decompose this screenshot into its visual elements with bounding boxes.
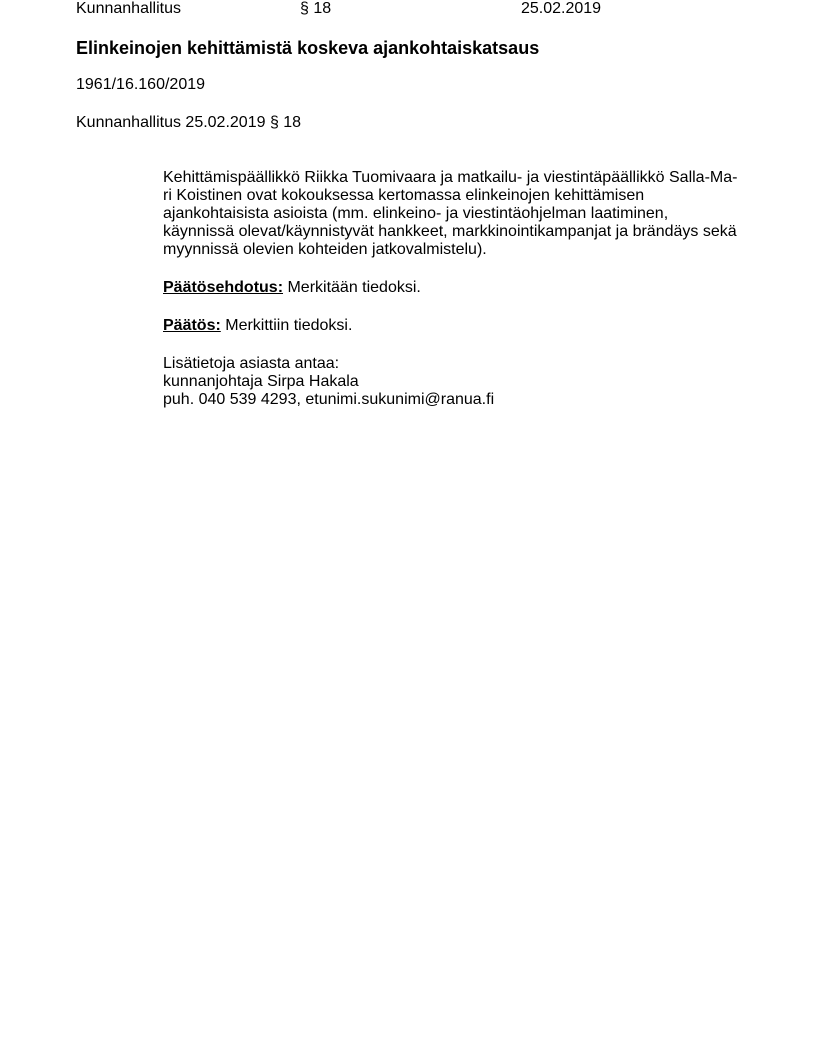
header-date: 25.02.2019	[521, 0, 601, 18]
decision-label: Päätös:	[163, 317, 221, 334]
header-section-number: § 18	[300, 0, 331, 18]
contact-paragraph: Lisätietoja asiasta antaa: kunnanjohtaja…	[163, 355, 753, 409]
proposal-text: Merkitään tiedoksi.	[283, 279, 421, 296]
contact-details: puh. 040 539 4293, etunimi.sukunimi@ranu…	[163, 391, 753, 409]
description-line: Kehittämispäällikkö Riikka Tuomivaara ja…	[163, 169, 753, 187]
description-line: ri Koistinen ovat kokouksessa kertomassa…	[163, 187, 753, 205]
diary-number: 1961/16.160/2019	[76, 76, 205, 94]
description-line: myynnissä olevien kohteiden jatkovalmist…	[163, 241, 753, 259]
header-body-name: Kunnanhallitus	[76, 0, 181, 18]
description-line: käynnissä olevat/käynnistyvät hankkeet, …	[163, 223, 753, 241]
description-paragraph: Kehittämispäällikkö Riikka Tuomivaara ja…	[163, 169, 753, 259]
document-body: Kehittämispäällikkö Riikka Tuomivaara ja…	[163, 169, 753, 409]
meeting-reference: Kunnanhallitus 25.02.2019 § 18	[76, 114, 301, 132]
proposal-paragraph: Päätösehdotus: Merkitään tiedoksi.	[163, 279, 753, 297]
description-line: ajankohtaisista asioista (mm. elinkeino-…	[163, 205, 753, 223]
contact-person: kunnanjohtaja Sirpa Hakala	[163, 373, 753, 391]
decision-paragraph: Päätös: Merkittiin tiedoksi.	[163, 317, 753, 335]
contact-intro: Lisätietoja asiasta antaa:	[163, 355, 753, 373]
proposal-label: Päätösehdotus:	[163, 279, 283, 296]
document-title: Elinkeinojen kehittämistä koskeva ajanko…	[76, 37, 539, 59]
decision-text: Merkittiin tiedoksi.	[221, 317, 353, 334]
